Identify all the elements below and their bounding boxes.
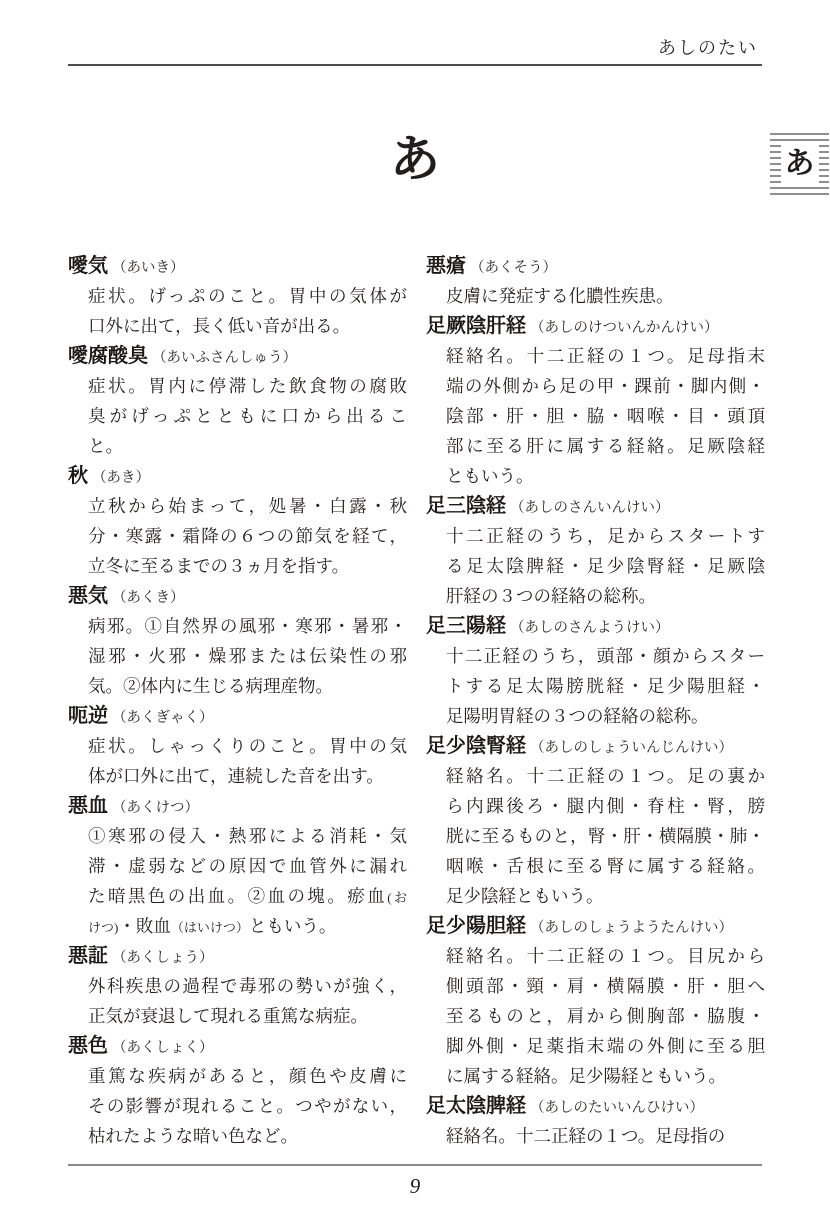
definition-line: 脚外側・足薬指末端の外側に至る胆 xyxy=(426,1031,765,1061)
dictionary-entry: 悪気（あくき）病邪。①自然界の風邪・寒邪・暑邪・湿邪・火邪・燥邪または伝染性の邪… xyxy=(68,581,407,701)
dictionary-body: 噯気（あいき）症状。げっぷのこと。胃中の気体が口外に出て，長く低い音が出る。噯腐… xyxy=(68,251,765,1151)
definition-line: 湿邪・火邪・燥邪または伝染性の邪 xyxy=(68,641,407,671)
entry-reading: （あしのさんようけい） xyxy=(510,620,670,636)
definition-line: 十二正経のうち，頭部・顔からスター xyxy=(426,641,765,671)
definition-line: 咽喉・舌根に至る腎に属する経絡。 xyxy=(426,851,765,881)
dictionary-entry: 悪瘡（あくそう）皮膚に発症する化膿性疾患。 xyxy=(426,251,765,311)
definition-line: 口外に出て，長く低い音が出る。 xyxy=(68,311,407,341)
entry-headline: 噯気（あいき） xyxy=(68,251,407,281)
definition-line: 重篤な疾病があると，顔色や皮膚に xyxy=(68,1061,407,1091)
entry-headline: 悪気（あくき） xyxy=(68,581,407,611)
definition-line: 症状。胃内に停滞した飲食物の腐敗 xyxy=(68,371,407,401)
definition-line: 胱に至るものと，腎・肝・横隔膜・肺・ xyxy=(426,821,765,851)
definition-line: と。 xyxy=(68,431,407,461)
entry-headword: 足少陽胆経 xyxy=(426,915,526,937)
dictionary-entry: 悪血（あくけつ）①寒邪の侵入・熱邪による消耗・気滞・虚弱などの原因で血管外に漏れ… xyxy=(68,791,407,941)
dictionary-entry: 足少陰腎経（あしのしょういんじんけい）経絡名。十二正経の１つ。足の裏から内踝後ろ… xyxy=(426,731,765,911)
entry-reading: （あくしょく） xyxy=(112,1040,214,1056)
section-title: あ xyxy=(68,131,762,187)
column-left: 噯気（あいき）症状。げっぷのこと。胃中の気体が口外に出て，長く低い音が出る。噯腐… xyxy=(68,251,407,1151)
dictionary-entry: 足少陽胆経（あしのしょうようたんけい）経絡名。十二正経の１つ。目尻から側頭部・頸… xyxy=(426,911,765,1091)
inline-reading: （はいけつ） xyxy=(171,920,249,935)
index-tab-label: あ xyxy=(781,143,819,185)
definition-line: 陰部・肝・胆・脇・咽喉・目・頭頂 xyxy=(426,401,765,431)
entry-reading: （あしのさんいんけい） xyxy=(510,500,670,516)
definition-line: 端の外側から足の甲・踝前・脚内側・ xyxy=(426,371,765,401)
definition-line: 外科疾患の過程で毒邪の勢いが強く， xyxy=(68,971,407,1001)
entry-headword: 足太陰脾経 xyxy=(426,1095,526,1117)
entry-reading: （あくぎゃく） xyxy=(112,710,214,726)
entry-reading: （あくしょう） xyxy=(112,950,214,966)
dictionary-entry: 噯気（あいき）症状。げっぷのこと。胃中の気体が口外に出て，長く低い音が出る。 xyxy=(68,251,407,341)
entry-headword: 悪色 xyxy=(68,1035,108,1057)
entry-headword: 足三陽経 xyxy=(426,615,506,637)
page-number: 9 xyxy=(68,1174,762,1199)
definition-line: 気。②体内に生じる病理産物。 xyxy=(68,671,407,701)
entry-reading: （あいき） xyxy=(112,260,185,276)
entry-reading: （あくそう） xyxy=(470,260,557,276)
header-rule xyxy=(68,64,762,66)
entry-headline: 秋（あき） xyxy=(68,461,407,491)
definition-line: 分・寒露・霜降の６つの節気を経て， xyxy=(68,521,407,551)
dictionary-entry: 悪色（あくしょく）重篤な疾病があると，顔色や皮膚にその影響が現れること。つやがな… xyxy=(68,1031,407,1151)
definition-line: 経絡名。十二正経の１つ。足母指の xyxy=(426,1121,765,1151)
definition-line: 経絡名。十二正経の１つ。目尻から xyxy=(426,941,765,971)
definition-line: ともいう。 xyxy=(426,461,765,491)
entry-reading: （あいふさんしゅう） xyxy=(152,350,297,366)
definition-line: 側頭部・頸・肩・横隔膜・肝・胆へ xyxy=(426,971,765,1001)
entry-headline: 悪瘡（あくそう） xyxy=(426,251,765,281)
definition-line: 滞・虚弱などの原因で血管外に漏れ xyxy=(68,851,407,881)
entry-headline: 足少陰腎経（あしのしょういんじんけい） xyxy=(426,731,765,761)
definition-line: 体が口外に出て，連続した音を出す。 xyxy=(68,761,407,791)
entry-headword: 秋 xyxy=(68,465,88,487)
definition-text: た暗黒色の出血。②血の塊。瘀血 xyxy=(88,886,387,906)
dictionary-entry: 足三陰経（あしのさんいんけい）十二正経のうち，足からスタートする足太陰脾経・足少… xyxy=(426,491,765,611)
definition-line: 至るものと，肩から側胸部・脇腹・ xyxy=(426,1001,765,1031)
entry-headword: 噯腐酸臭 xyxy=(68,345,148,367)
definition-line: その影響が現れること。つやがない， xyxy=(68,1091,407,1121)
entry-headword: 悪瘡 xyxy=(426,255,466,277)
entry-headword: 呃逆 xyxy=(68,705,108,727)
definition-line: 経絡名。十二正経の１つ。足の裏か xyxy=(426,761,765,791)
definition-line: 立秋から始まって，処暑・白露・秋 xyxy=(68,491,407,521)
column-right: 悪瘡（あくそう）皮膚に発症する化膿性疾患。足厥陰肝経（あしのけついんかんけい）経… xyxy=(426,251,765,1151)
entry-headword: 足三陰経 xyxy=(426,495,506,517)
definition-line: 正気が衰退して現れる重篤な病症。 xyxy=(68,1001,407,1031)
entry-reading: （あくき） xyxy=(112,590,185,606)
entry-headword: 足厥陰肝経 xyxy=(426,315,526,337)
entry-headword: 足少陰腎経 xyxy=(426,735,526,757)
entry-headline: 噯腐酸臭（あいふさんしゅう） xyxy=(68,341,407,371)
footer-rule xyxy=(68,1164,762,1166)
definition-line: る足太陰脾経・足少陰腎経・足厥陰 xyxy=(426,551,765,581)
definition-text: ・敗血 xyxy=(118,916,171,936)
entry-headword: 悪気 xyxy=(68,585,108,607)
inline-reading: (お xyxy=(387,890,407,905)
definition-text: ともいう。 xyxy=(249,916,337,936)
entry-reading: （あくけつ） xyxy=(112,800,199,816)
definition-line: 皮膚に発症する化膿性疾患。 xyxy=(426,281,765,311)
entry-headword: 悪血 xyxy=(68,795,108,817)
dictionary-entry: 悪証（あくしょう）外科疾患の過程で毒邪の勢いが強く，正気が衰退して現れる重篤な病… xyxy=(68,941,407,1031)
dictionary-entry: 呃逆（あくぎゃく）症状。しゃっくりのこと。胃中の気体が口外に出て，連続した音を出… xyxy=(68,701,407,791)
definition-line: 病邪。①自然界の風邪・寒邪・暑邪・ xyxy=(68,611,407,641)
definition-line: 足陽明胃経の３つの経絡の総称。 xyxy=(426,701,765,731)
entry-reading: （あき） xyxy=(92,470,150,486)
inline-reading: けつ) xyxy=(88,920,118,935)
dictionary-entry: 足三陽経（あしのさんようけい）十二正経のうち，頭部・顔からスタートする足太陽膀胱… xyxy=(426,611,765,731)
definition-line: 臭がげっぷとともに口から出るこ xyxy=(68,401,407,431)
entry-headline: 足少陽胆経（あしのしょうようたんけい） xyxy=(426,911,765,941)
definition-line: ①寒邪の侵入・熱邪による消耗・気 xyxy=(68,821,407,851)
entry-headword: 悪証 xyxy=(68,945,108,967)
entry-reading: （あしのけついんかんけい） xyxy=(530,320,719,336)
definition-line: 経絡名。十二正経の１つ。足母指末 xyxy=(426,341,765,371)
definition-line: ら内踝後ろ・腿内側・脊柱・腎，膀 xyxy=(426,791,765,821)
dictionary-entry: 足厥陰肝経（あしのけついんかんけい）経絡名。十二正経の１つ。足母指末端の外側から… xyxy=(426,311,765,491)
entry-headline: 悪証（あくしょう） xyxy=(68,941,407,971)
entry-headline: 悪色（あくしょく） xyxy=(68,1031,407,1061)
entry-headline: 足三陽経（あしのさんようけい） xyxy=(426,611,765,641)
dictionary-entry: 噯腐酸臭（あいふさんしゅう）症状。胃内に停滞した飲食物の腐敗臭がげっぷとともに口… xyxy=(68,341,407,461)
definition-line: た暗黒色の出血。②血の塊。瘀血(お xyxy=(68,881,407,911)
entry-headline: 足厥陰肝経（あしのけついんかんけい） xyxy=(426,311,765,341)
definition-line: けつ)・敗血（はいけつ）ともいう。 xyxy=(68,911,407,941)
entry-reading: （あしのたいいんひけい） xyxy=(530,1100,704,1116)
definition-line: 足少陰経ともいう。 xyxy=(426,881,765,911)
entry-headline: 足太陰脾経（あしのたいいんひけい） xyxy=(426,1091,765,1121)
definition-line: 十二正経のうち，足からスタートす xyxy=(426,521,765,551)
entry-headword: 噯気 xyxy=(68,255,108,277)
definition-line: トする足太陽膀胱経・足少陽胆経・ xyxy=(426,671,765,701)
definition-line: 立冬に至るまでの３ヵ月を指す。 xyxy=(68,551,407,581)
running-title: あしのたい xyxy=(658,34,758,60)
entry-headline: 悪血（あくけつ） xyxy=(68,791,407,821)
dictionary-entry: 秋（あき）立秋から始まって，処暑・白露・秋分・寒露・霜降の６つの節気を経て，立冬… xyxy=(68,461,407,581)
definition-line: 枯れたような暗い色など。 xyxy=(68,1121,407,1151)
entry-headline: 呃逆（あくぎゃく） xyxy=(68,701,407,731)
entry-headline: 足三陰経（あしのさんいんけい） xyxy=(426,491,765,521)
definition-line: 部に至る肝に属する経絡。足厥陰経 xyxy=(426,431,765,461)
definition-line: 症状。げっぷのこと。胃中の気体が xyxy=(68,281,407,311)
dictionary-entry: 足太陰脾経（あしのたいいんひけい）経絡名。十二正経の１つ。足母指の xyxy=(426,1091,765,1151)
definition-line: に属する経絡。足少陽経ともいう。 xyxy=(426,1061,765,1091)
entry-reading: （あしのしょういんじんけい） xyxy=(530,740,733,756)
index-tab: あ xyxy=(770,133,829,195)
entry-reading: （あしのしょうようたんけい） xyxy=(530,920,733,936)
definition-line: 症状。しゃっくりのこと。胃中の気 xyxy=(68,731,407,761)
definition-line: 肝経の３つの経絡の総称。 xyxy=(426,581,765,611)
